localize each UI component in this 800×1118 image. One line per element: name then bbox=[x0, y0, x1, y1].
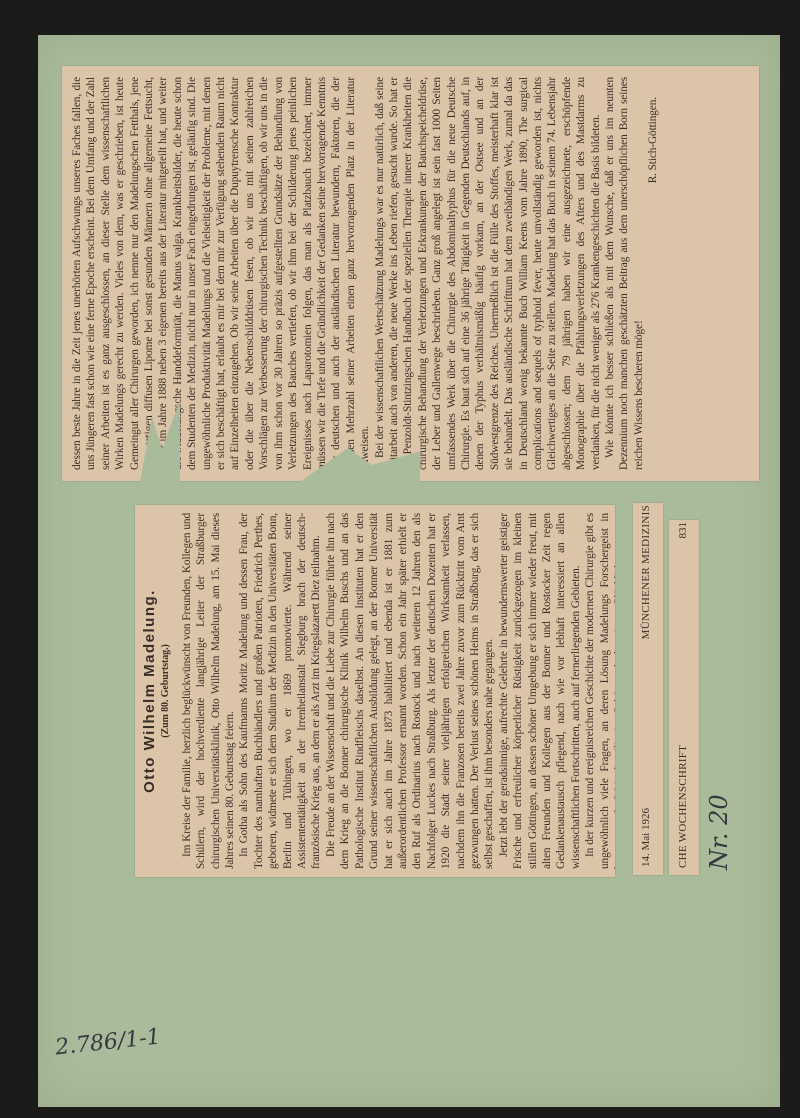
article-main-column: Otto Wilhelm Madelung. (Zum 80. Geburtst… bbox=[137, 507, 615, 875]
paragraph: Wie könnte ich besser schließen als mit … bbox=[603, 77, 646, 470]
masthead-line: CHE WOCHENSCHRIFT 831 bbox=[677, 520, 689, 872]
paragraph: In der kurzen und ereignisreichen Geschi… bbox=[583, 513, 615, 869]
author-signature: R. Stich-Göttingen. bbox=[646, 77, 660, 470]
paragraph: Die Freude an der Wissenschaft und die L… bbox=[324, 513, 497, 869]
masthead-journal-bottom: CHE WOCHENSCHRIFT bbox=[677, 745, 689, 868]
masthead-strip-top: 14. Mai 1926 MÜNCHENER MEDIZINIS bbox=[633, 503, 663, 875]
article-clipping-main: Otto Wilhelm Madelung. (Zum 80. Geburtst… bbox=[135, 505, 615, 877]
article-continuation-column: dessen beste Jahre in die Zeit jenes une… bbox=[66, 71, 756, 476]
page-number: 831 bbox=[677, 522, 689, 539]
masthead-date: 14. Mai 1926 bbox=[640, 808, 652, 867]
article-clipping-continuation: dessen beste Jahre in die Zeit jenes une… bbox=[62, 66, 759, 481]
article-subtitle: (Zum 80. Geburtstag.) bbox=[159, 513, 173, 869]
paragraph: In Gotha als Sohn des Kaufmanns Moritz M… bbox=[237, 513, 323, 869]
paragraph: Bei der wissenschaftlichen Wertschätzung… bbox=[373, 77, 604, 470]
masthead-line: 14. Mai 1926 MÜNCHENER MEDIZINIS bbox=[640, 503, 652, 871]
article-title: Otto Wilhelm Madelung. bbox=[143, 513, 157, 869]
paragraph: Jetzt lebt der geradsinnige, aufrechte G… bbox=[497, 513, 583, 869]
masthead-strip-bottom: CHE WOCHENSCHRIFT 831 bbox=[669, 520, 699, 875]
paragraph: dessen beste Jahre in die Zeit jenes une… bbox=[70, 77, 373, 470]
masthead-journal-top: MÜNCHENER MEDIZINIS bbox=[640, 505, 652, 639]
paragraph: Im Kreise der Familie, herzlich beglückw… bbox=[180, 513, 238, 869]
handwritten-issue-note: Nr. 20 bbox=[705, 794, 733, 870]
